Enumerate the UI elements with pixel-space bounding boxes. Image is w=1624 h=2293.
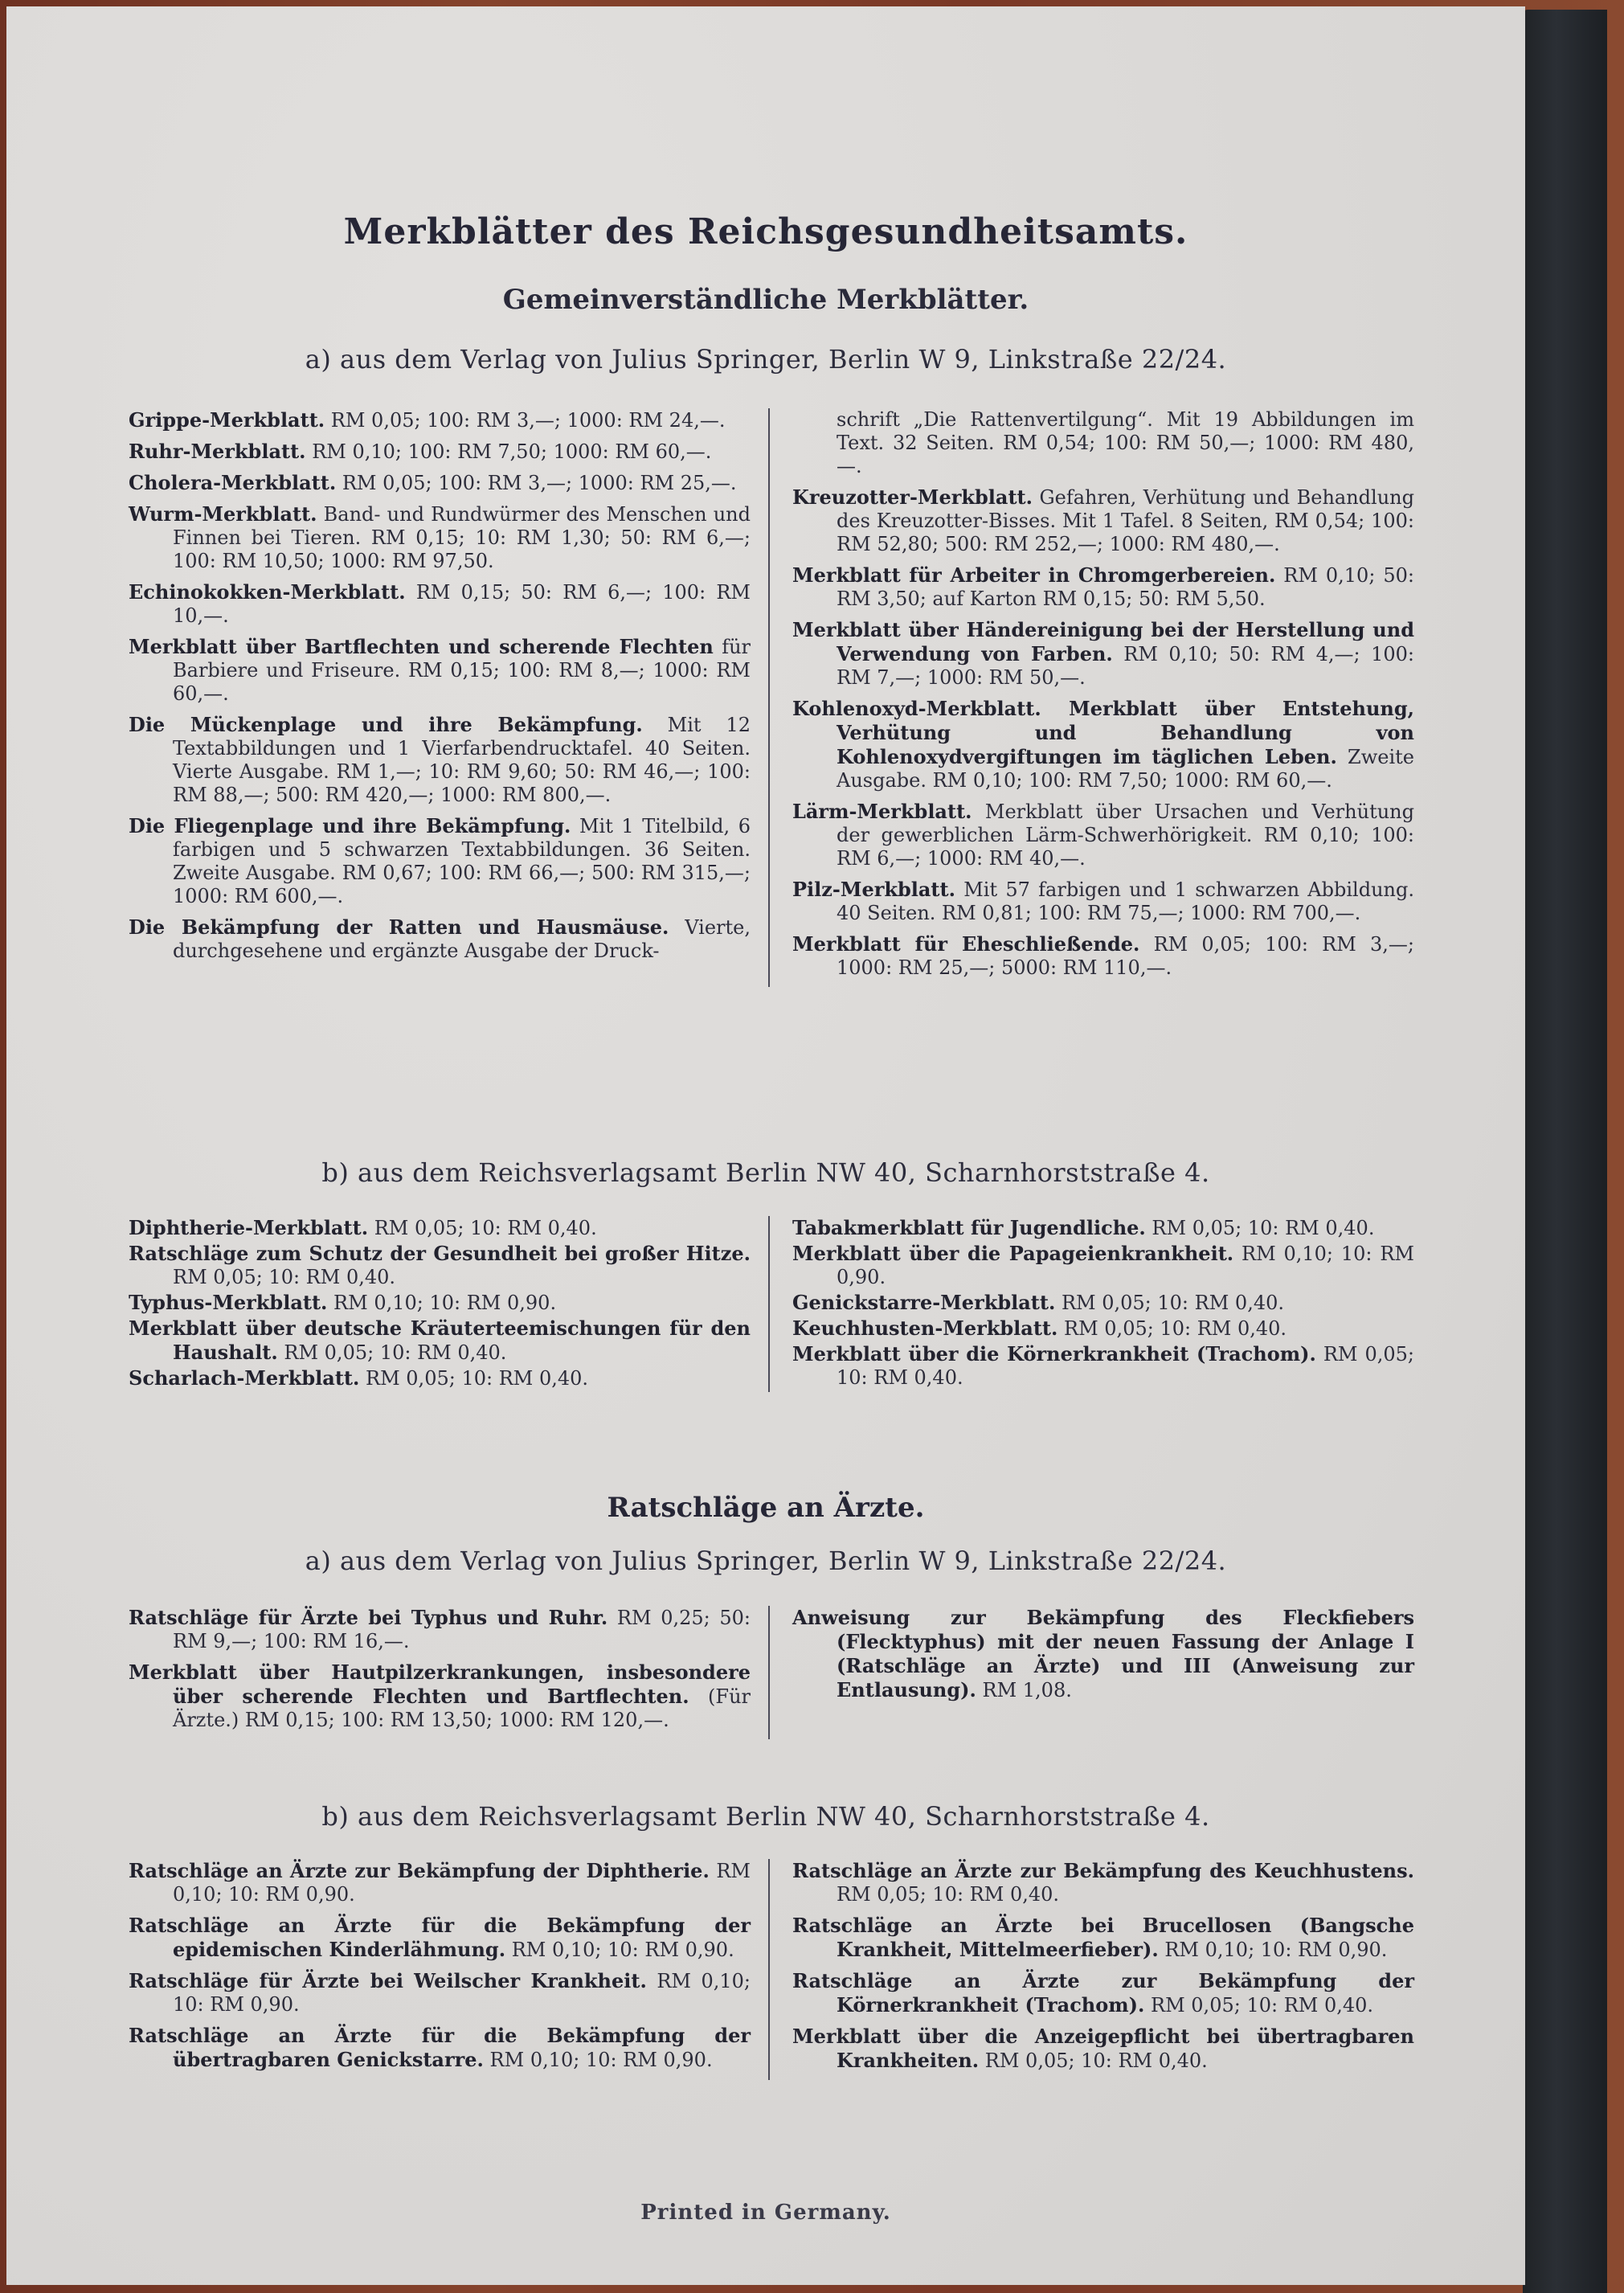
publisher-source-a: a) aus dem Verlag von Julius Springer, B… [6, 344, 1525, 375]
list-item: Kreuzotter-Merkblatt. Gefahren, Verhütun… [792, 485, 1414, 556]
publisher-source-b: b) aus dem Reichsverlagsamt Berlin NW 40… [6, 1801, 1525, 1832]
list-item: Pilz-Merkblatt. Mit 57 farbigen und 1 sc… [792, 878, 1414, 925]
list-item: Die Bekämpfung der Ratten und Hausmäuse.… [129, 915, 751, 963]
right-column: Tabakmerkblatt für Jugendliche. RM 0,05;… [770, 1216, 1414, 1392]
right-column: schrift „Die Rattenvertilgung“. Mit 19 A… [770, 408, 1414, 987]
list-item: Kohlenoxyd-Merkblatt. Merkblatt über Ent… [792, 697, 1414, 792]
list-item: Die Mückenplage und ihre Bekämpfung. Mit… [129, 713, 751, 807]
list-item: Merkblatt über die Anzeigepflicht bei üb… [792, 2025, 1414, 2073]
list-item: Genickstarre-Merkblatt. RM 0,05; 10: RM … [792, 1291, 1414, 1315]
list-item: Ruhr-Merkblatt. RM 0,10; 100: RM 7,50; 1… [129, 440, 751, 464]
section2-b-columns: Ratschläge an Ärzte zur Bekämpfung der D… [129, 1859, 1414, 2080]
list-item: Keuchhusten-Merkblatt. RM 0,05; 10: RM 0… [792, 1316, 1414, 1341]
book-spine-binding [1523, 10, 1607, 2293]
list-item: Merkblatt für Eheschließende. RM 0,05; 1… [792, 932, 1414, 980]
list-item: Ratschläge für Ärzte bei Typhus und Ruhr… [129, 1606, 751, 1653]
section1-b-columns: Diphtherie-Merkblatt. RM 0,05; 10: RM 0,… [129, 1216, 1414, 1392]
list-item: Merkblatt über die Körnerkrankheit (Trac… [792, 1342, 1414, 1390]
list-item: Merkblatt über die Papageienkrankheit. R… [792, 1242, 1414, 1289]
left-column: Diphtherie-Merkblatt. RM 0,05; 10: RM 0,… [129, 1216, 770, 1392]
publisher-source-b: b) aus dem Reichsverlagsamt Berlin NW 40… [6, 1157, 1525, 1188]
list-item: Merkblatt über Händereinigung bei der He… [792, 618, 1414, 690]
list-item: Diphtherie-Merkblatt. RM 0,05; 10: RM 0,… [129, 1216, 751, 1240]
section1-a-columns: Grippe-Merkblatt. RM 0,05; 100: RM 3,—; … [129, 408, 1414, 987]
list-item: Ratschläge an Ärzte zur Bekämpfung der D… [129, 1859, 751, 1906]
list-item: Ratschläge zum Schutz der Gesundheit bei… [129, 1242, 751, 1289]
page-title: Merkblätter des Reichsgesundheitsamts. [6, 211, 1525, 252]
list-item: Scharlach-Merkblatt. RM 0,05; 10: RM 0,4… [129, 1366, 751, 1390]
list-item: Grippe-Merkblatt. RM 0,05; 100: RM 3,—; … [129, 408, 751, 432]
left-column: Ratschläge für Ärzte bei Typhus und Ruhr… [129, 1606, 770, 1739]
list-item: Cholera-Merkblatt. RM 0,05; 100: RM 3,—;… [129, 471, 751, 495]
list-item: Ratschläge an Ärzte für die Bekämpfung d… [129, 2024, 751, 2072]
list-item: Ratschläge an Ärzte für die Bekämpfung d… [129, 1914, 751, 1962]
list-item: Merkblatt über Hautpilzerkrankungen, ins… [129, 1660, 751, 1732]
list-item: Lärm-Merkblatt. Merkblatt über Ursachen … [792, 800, 1414, 870]
right-column: Ratschläge an Ärzte zur Bekämpfung des K… [770, 1859, 1414, 2080]
list-item: Anweisung zur Bekämpfung des Fleckfieber… [792, 1606, 1414, 1702]
list-item: Typhus-Merkblatt. RM 0,10; 10: RM 0,90. [129, 1291, 751, 1315]
list-item: Die Fliegenplage und ihre Bekämpfung. Mi… [129, 814, 751, 908]
list-item: Ratschläge an Ärzte zur Bekämpfung des K… [792, 1859, 1414, 1906]
publisher-source-a: a) aus dem Verlag von Julius Springer, B… [6, 1546, 1525, 1576]
printed-in-germany-footer: Printed in Germany. [6, 2201, 1525, 2225]
list-item: Ratschläge für Ärzte bei Weilscher Krank… [129, 1969, 751, 2017]
left-column: Ratschläge an Ärzte zur Bekämpfung der D… [129, 1859, 770, 2080]
book-back-cover-page: Merkblätter des Reichsgesundheitsamts. G… [6, 6, 1525, 2285]
left-column: Grippe-Merkblatt. RM 0,05; 100: RM 3,—; … [129, 408, 770, 987]
list-item: Merkblatt für Arbeiter in Chromgerbereie… [792, 563, 1414, 611]
list-item: Merkblatt über Bartflechten und scherend… [129, 635, 751, 706]
list-item: Ratschläge an Ärzte zur Bekämpfung der K… [792, 1969, 1414, 2017]
list-item-continuation: schrift „Die Rattenvertilgung“. Mit 19 A… [792, 408, 1414, 478]
right-column: Anweisung zur Bekämpfung des Fleckfieber… [770, 1606, 1414, 1739]
section-subtitle: Gemeinverständliche Merkblätter. [6, 284, 1525, 316]
list-item: Tabakmerkblatt für Jugendliche. RM 0,05;… [792, 1216, 1414, 1240]
section2-a-columns: Ratschläge für Ärzte bei Typhus und Ruhr… [129, 1606, 1414, 1739]
list-item: Wurm-Merkblatt. Band- und Rundwürmer des… [129, 502, 751, 573]
section-heading-aerzte: Ratschläge an Ärzte. [6, 1492, 1525, 1524]
list-item: Echinokokken-Merkblatt. RM 0,15; 50: RM … [129, 580, 751, 628]
list-item: Ratschläge an Ärzte bei Brucellosen (Ban… [792, 1914, 1414, 1962]
list-item: Merkblatt über deutsche Kräuterteemischu… [129, 1316, 751, 1365]
